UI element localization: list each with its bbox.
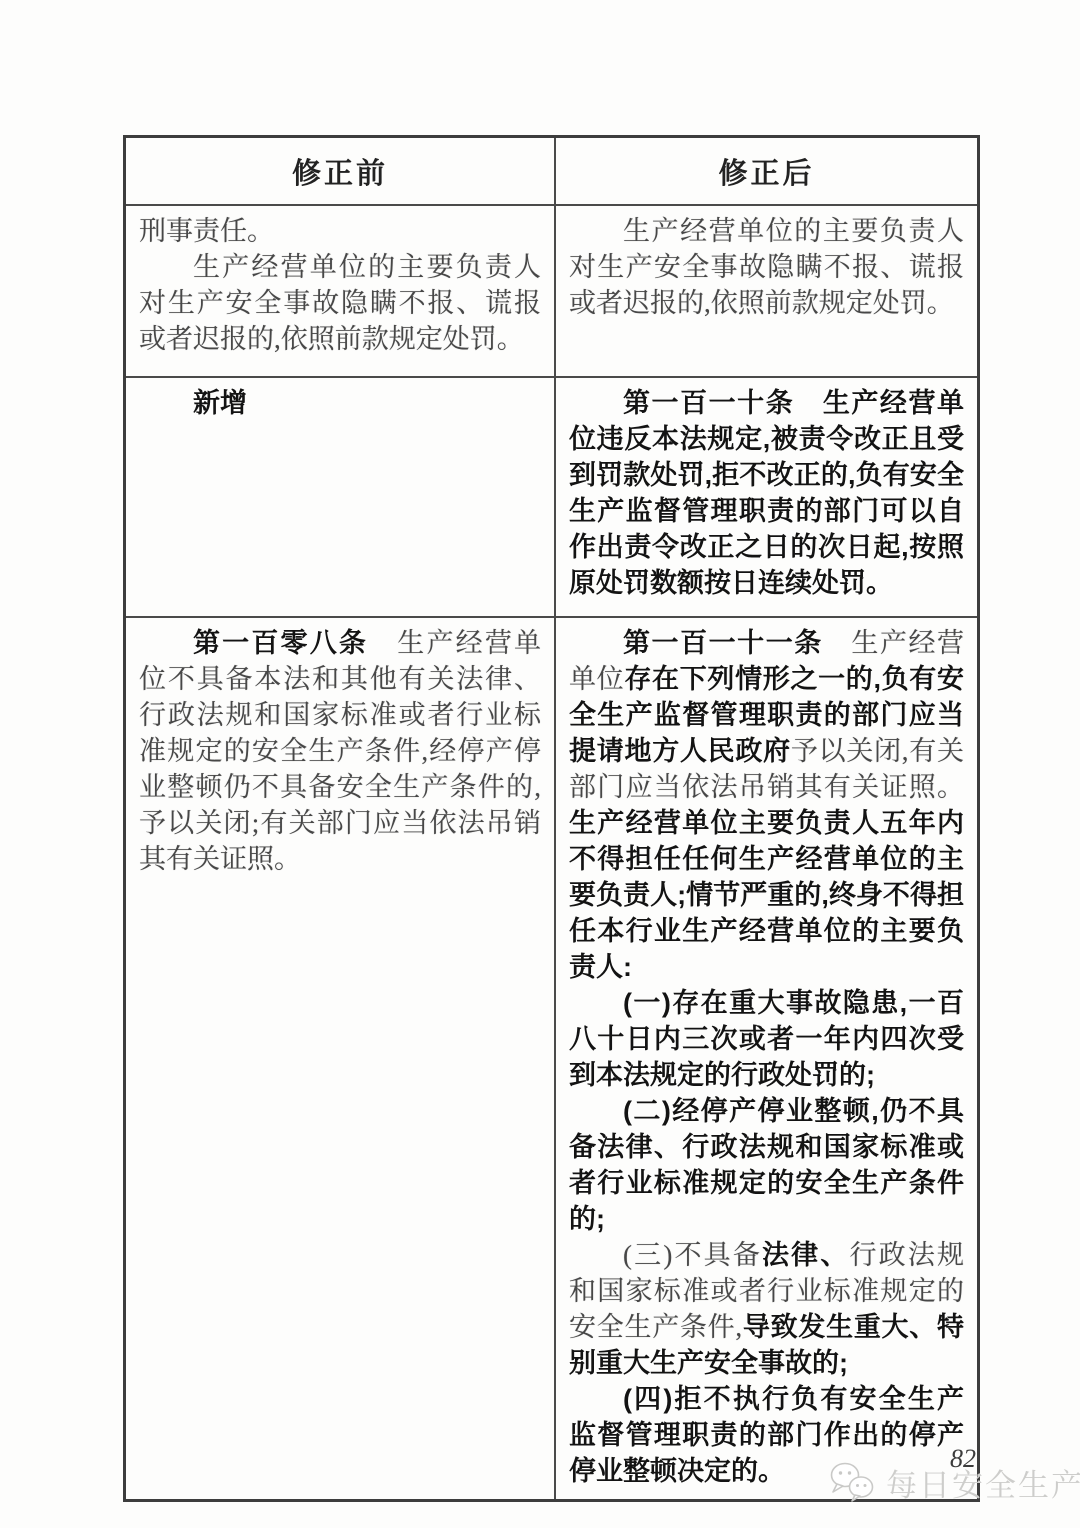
- table-cell-left: 新增: [126, 378, 556, 616]
- table-row: 刑事责任。生产经营单位的主要负责人对生产安全事故隐瞒不报、谎报或者迟报的,依照前…: [126, 206, 977, 376]
- paragraph: 生产经营单位的主要负责人对生产安全事故隐瞒不报、谎报或者迟报的,依照前款规定处罚…: [139, 249, 541, 357]
- amendment-comparison-table: 修正前 修正后 刑事责任。生产经营单位的主要负责人对生产安全事故隐瞒不报、谎报或…: [123, 135, 980, 1502]
- paragraph: (一)存在重大事故隐患,一百八十日内三次或者一年内四次受到本法规定的行政处罚的;: [569, 985, 964, 1093]
- paragraph: (二)经停产停业整顿,仍不具备法律、行政法规和国家标准或者行业标准规定的安全生产…: [569, 1093, 964, 1237]
- paragraph: 刑事责任。: [139, 213, 541, 249]
- table-header-row: 修正前 修正后: [126, 138, 977, 206]
- paragraph: (三)不具备法律、行政法规和国家标准或者行业标准规定的安全生产条件,导致发生重大…: [569, 1237, 964, 1381]
- table-cell-left: 第一百零八条 生产经营单位不具备本法和其他有关法律、行政法规和国家标准或者行业标…: [126, 618, 556, 1499]
- amended-text-segment: (二)经停产停业整顿,仍不具备法律、行政法规和国家标准或者行业标准规定的安全生产…: [569, 1096, 964, 1234]
- paragraph: (四)拒不执行负有安全生产监督管理职责的部门作出的停产停业整顿决定的。: [569, 1381, 964, 1489]
- amended-text-segment: 第一百零八条: [193, 628, 368, 658]
- table-cell-left: 刑事责任。生产经营单位的主要负责人对生产安全事故隐瞒不报、谎报或者迟报的,依照前…: [126, 206, 556, 376]
- text-segment: 刑事责任。: [139, 216, 274, 246]
- column-header-before-amendment: 修正前: [126, 138, 556, 204]
- amended-text-segment: (一)存在重大事故隐患,一百八十日内三次或者一年内四次受到本法规定的行政处罚的;: [569, 988, 964, 1090]
- amended-text-segment: 第一百一十条 生产经营单位违反本法规定,被责令改正且受到罚款处罚,拒不改正的,负…: [569, 388, 964, 598]
- comparison-table-body: 刑事责任。生产经营单位的主要负责人对生产安全事故隐瞒不报、谎报或者迟报的,依照前…: [126, 206, 977, 1499]
- text-segment: 生产经营单位不具备本法和其他有关法律、行政法规和国家标准或者行业标准规定的安全生…: [139, 628, 541, 874]
- column-header-after-amendment: 修正后: [556, 138, 977, 204]
- paragraph: 新增: [139, 385, 541, 421]
- table-cell-right: 生产经营单位的主要负责人对生产安全事故隐瞒不报、谎报或者迟报的,依照前款规定处罚…: [556, 206, 977, 376]
- amended-text-segment: 生产经营单位主要负责人五年内不得担任任何生产经营单位的主要负责人;情节严重的,终…: [569, 808, 964, 982]
- paragraph: 生产经营单位的主要负责人对生产安全事故隐瞒不报、谎报或者迟报的,依照前款规定处罚…: [569, 213, 964, 321]
- paragraph: 第一百一十条 生产经营单位违反本法规定,被责令改正且受到罚款处罚,拒不改正的,负…: [569, 385, 964, 601]
- text-segment: (三)不具备: [623, 1240, 762, 1270]
- amended-text-segment: 法律、: [762, 1240, 850, 1270]
- text-segment: 生产经营单位的主要负责人对生产安全事故隐瞒不报、谎报或者迟报的,依照前款规定处罚…: [139, 252, 541, 354]
- amended-text-segment: 第一百一十一条: [623, 628, 823, 658]
- amended-text-segment: 新增: [193, 388, 247, 418]
- amended-text-segment: (四)拒不执行负有安全生产监督管理职责的部门作出的停产停业整顿决定的。: [569, 1384, 964, 1486]
- page-number: 82: [950, 1444, 976, 1474]
- paragraph: 第一百一十一条 生产经营单位存在下列情形之一的,负有安全生产监督管理职责的部门应…: [569, 625, 964, 985]
- table-row: 第一百零八条 生产经营单位不具备本法和其他有关法律、行政法规和国家标准或者行业标…: [126, 616, 977, 1499]
- text-segment: 生产经营单位的主要负责人对生产安全事故隐瞒不报、谎报或者迟报的,依照前款规定处罚…: [569, 216, 964, 318]
- paragraph: 第一百零八条 生产经营单位不具备本法和其他有关法律、行政法规和国家标准或者行业标…: [139, 625, 541, 877]
- table-cell-right: 第一百一十条 生产经营单位违反本法规定,被责令改正且受到罚款处罚,拒不改正的,负…: [556, 378, 977, 616]
- table-cell-right: 第一百一十一条 生产经营单位存在下列情形之一的,负有安全生产监督管理职责的部门应…: [556, 618, 977, 1499]
- table-row: 新增第一百一十条 生产经营单位违反本法规定,被责令改正且受到罚款处罚,拒不改正的…: [126, 376, 977, 616]
